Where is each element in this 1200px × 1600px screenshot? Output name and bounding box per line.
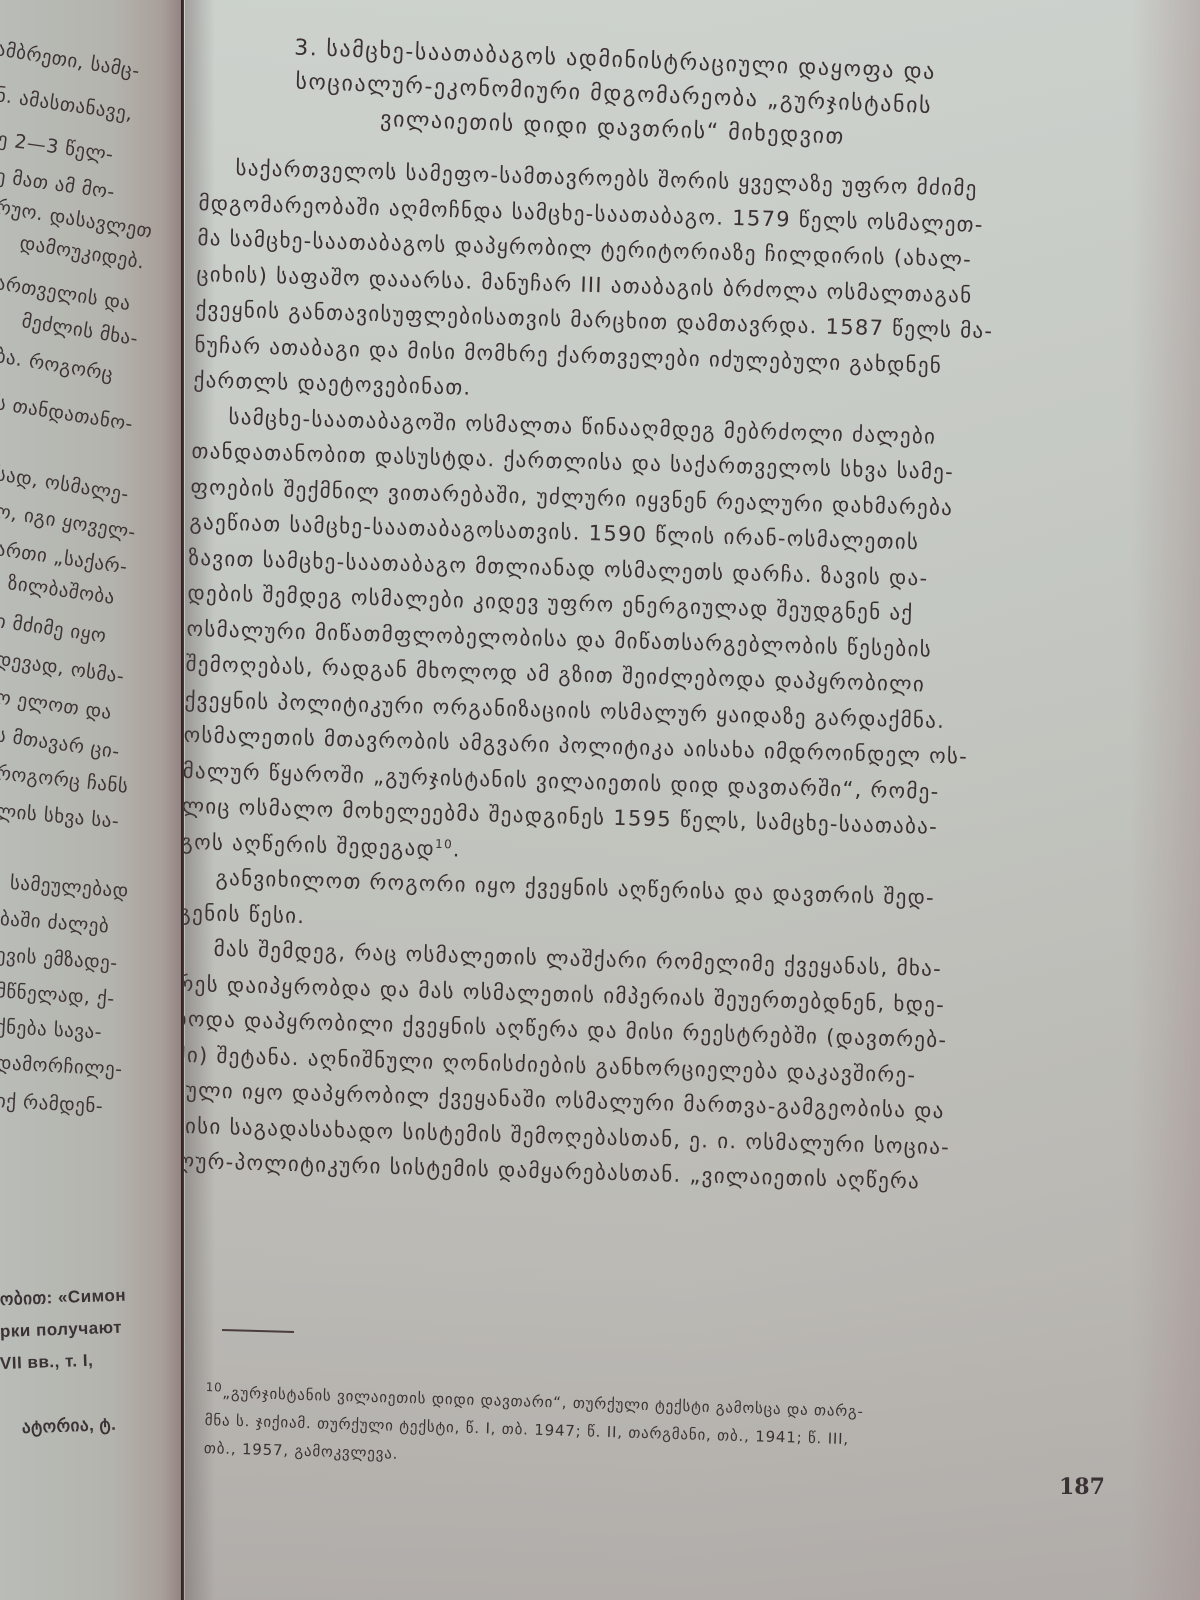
footnote-separator xyxy=(222,1329,294,1333)
left-page-line: ე 2—3 წელ- xyxy=(0,128,115,166)
left-page-line: рки получают xyxy=(0,1318,122,1342)
left-page-line: ზილბაშობა xyxy=(6,572,116,609)
left-page-line: ლის სხვა სა- xyxy=(0,800,120,833)
left-page-line: იქ რამდენ- xyxy=(0,1090,104,1118)
left-page-line: ო, იგი ყოველ- xyxy=(0,500,137,544)
left-page-line: დამორჩილე- xyxy=(0,1052,123,1081)
left-page-line: ე მათ ამ მო- xyxy=(0,165,116,203)
left-page: ამბრეთი, სამც-ნ. ამასთანავე,ე 2—3 წელ-ე … xyxy=(0,0,184,1600)
section-heading: 3.სამცხე-საათაბაგოს ადმინისტრაციული დაყო… xyxy=(252,30,975,160)
left-page-line: ევის ემზადე- xyxy=(0,944,118,974)
left-page-line: მწნელად, ქ- xyxy=(0,980,115,1010)
left-page-line: ნ. ამასთანავე, xyxy=(0,84,134,125)
page-edge-shading xyxy=(1130,0,1200,1600)
left-page-line: სად, ოსმალე- xyxy=(0,463,130,506)
footnote-reference: 10 xyxy=(435,836,453,850)
left-page-line: ართველის და xyxy=(0,272,132,315)
left-page-line: ქნება სავა- xyxy=(0,1016,103,1044)
left-page-line: ი მძიმე იყო xyxy=(0,610,108,647)
right-page: 3.სამცხე-საათაბაგოს ადმინისტრაციული დაყო… xyxy=(184,0,1200,1600)
left-page-line: ო ელოთ და xyxy=(0,686,113,724)
left-page-line: ობით: «Симон xyxy=(0,1286,126,1310)
left-page-line: ამბრეთი, სამც- xyxy=(0,38,141,82)
left-page-line: ს თანდათანო- xyxy=(0,392,135,435)
book-spread: ამბრეთი, სამც-ნ. ამასთანავე,ე 2—3 წელ-ე … xyxy=(0,0,1200,1600)
left-page-line: ართი „საქარ- xyxy=(0,538,129,578)
body-text: საქართველოს სამეფო-სამთავროებს შორის ყვე… xyxy=(184,150,1030,1202)
left-page-line: დევად, ოსმა- xyxy=(0,648,126,688)
gutter-shadow xyxy=(185,0,215,1600)
section-number: 3. xyxy=(294,35,319,61)
left-page-line: ბა. როგორც xyxy=(0,345,115,385)
left-page-line: ატორია, ტ. xyxy=(22,1415,117,1438)
footnote: 10„გურჯისტანის ვილაიეთის დიდი დავთარი“, … xyxy=(204,1378,1106,1489)
left-page-line: ბაში ძალებ xyxy=(0,908,110,938)
left-page-line: როგორც ჩანს xyxy=(0,762,129,798)
left-page-line: ს მთავარ ცი- xyxy=(0,724,121,763)
left-page-line: VII вв., т. I, xyxy=(0,1351,94,1374)
left-page-line: სამეულებად xyxy=(9,872,129,902)
page-number: 187 xyxy=(1059,1474,1105,1500)
left-page-line: მეძლის მხა- xyxy=(20,310,139,350)
